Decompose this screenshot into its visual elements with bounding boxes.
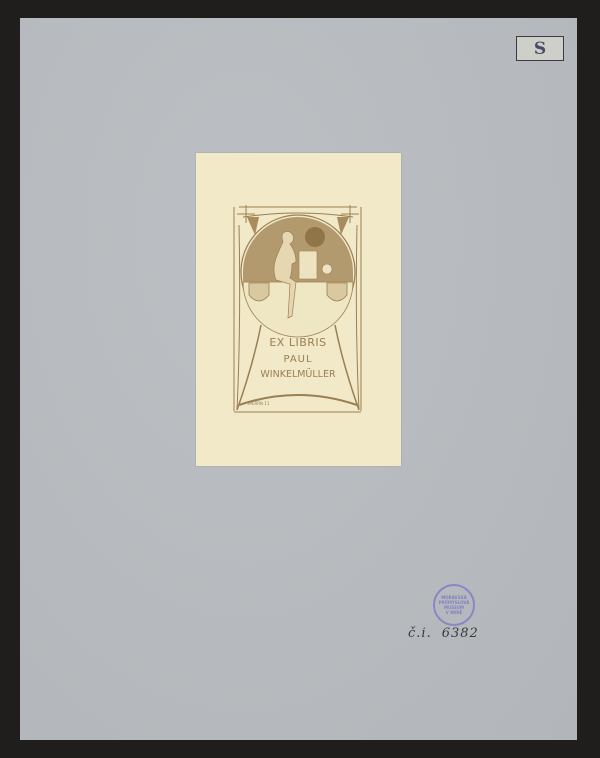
- artist-signature: SPERRN 11: [247, 401, 270, 406]
- exlibris-text: EX LIBRIS: [269, 336, 326, 349]
- inventory-prefix: č.i.: [408, 626, 432, 641]
- stamp-line-4: V BRNĚ: [446, 610, 463, 615]
- bookplate: EX LIBRIS PAUL WINKELMÜLLER SPERRN 11: [196, 153, 401, 466]
- museum-stamp: MORAVSKÁ PRŮMYSLOVÁ MUSEUM V BRNĚ: [433, 584, 475, 626]
- category-letter: S: [534, 39, 546, 59]
- owner-first-name: PAUL: [283, 354, 312, 365]
- owner-last-name: WINKELMÜLLER: [260, 369, 336, 380]
- inventory-number: č.i.6382: [408, 626, 479, 641]
- bookplate-illustration: EX LIBRIS PAUL WINKELMÜLLER SPERRN 11: [233, 205, 363, 415]
- inventory-value: 6382: [442, 626, 479, 641]
- category-label: S: [516, 36, 564, 61]
